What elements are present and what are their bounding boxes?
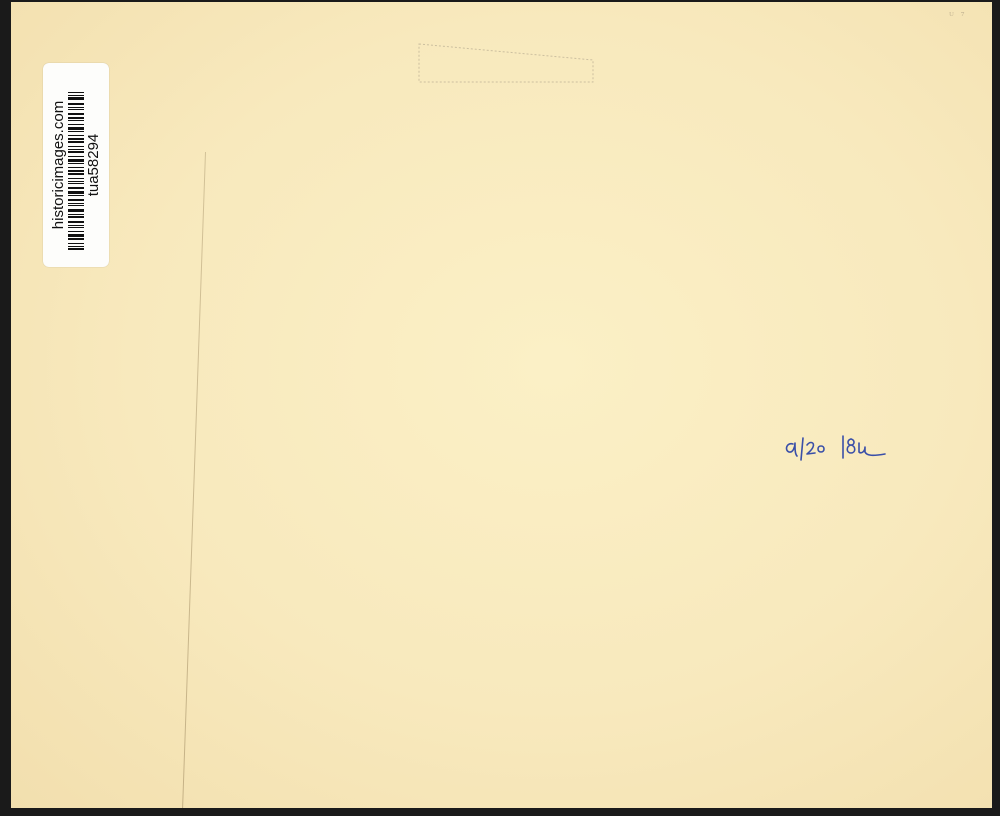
pencil-marks: ᵁ ⁷ [949, 10, 967, 22]
label-id-text: tua58294 [86, 134, 101, 197]
stamp-outline [409, 40, 599, 90]
barcode-icon [68, 80, 84, 250]
handwritten-date [781, 430, 901, 470]
photo-back-paper: ᵁ ⁷ [11, 2, 992, 808]
crease-line [182, 152, 206, 808]
label-site-text: historicimages.com [51, 101, 66, 229]
barcode-label: historicimages.com tua58294 [43, 63, 109, 267]
